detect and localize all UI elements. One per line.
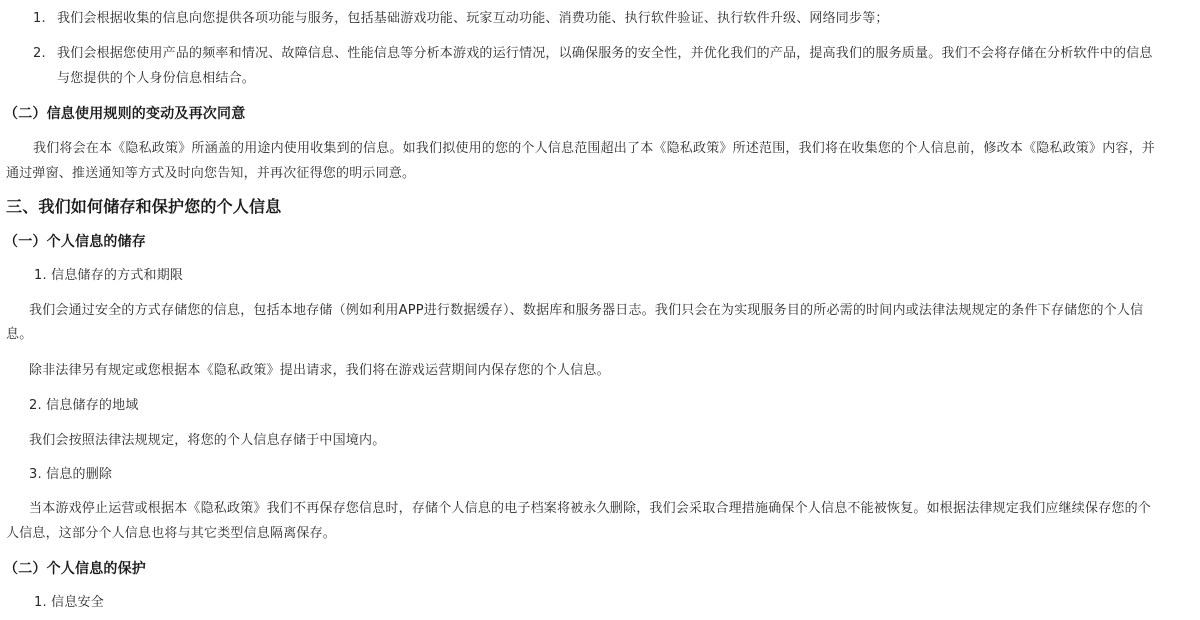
- section-heading-storage-protection: 三、我们如何储存和保护您的个人信息: [6, 198, 281, 216]
- list-text: 我们会根据您使用产品的频率和情况、故障信息、性能信息等分析本游戏的运行情况，以确…: [57, 46, 1153, 61]
- subsection-heading-storage: （一）个人信息的储存: [4, 233, 146, 251]
- item-title-storage-region: 2. 信息储存的地域: [29, 397, 139, 415]
- item-title-storage-method: 1. 信息储存的方式和期限: [34, 267, 183, 285]
- list-item-1: 1.我们会根据收集的信息向您提供各项功能与服务，包括基础游戏功能、玩家互动功能、…: [33, 10, 889, 28]
- list-number: 2.: [33, 45, 57, 63]
- paragraph-storage-method-line1: 我们会通过安全的方式存储您的信息，包括本地存储（例如利用APP进行数据缓存）、数…: [29, 302, 1143, 320]
- paragraph-deletion-line1: 当本游戏停止运营或根据本《隐私政策》我们不再保存您信息时，存储个人信息的电子档案…: [29, 500, 1151, 518]
- paragraph-usage-changes-line1: 我们将会在本《隐私政策》所涵盖的用途内使用收集到的信息。如我们拟使用的您的个人信…: [33, 140, 1155, 158]
- paragraph-deletion-line2: 人信息，这部分个人信息也将与其它类型信息隔离保存。: [6, 525, 336, 543]
- paragraph-storage-region: 我们会按照法律法规规定，将您的个人信息存储于中国境内。: [29, 432, 385, 450]
- item-title-deletion: 3. 信息的删除: [29, 466, 112, 484]
- paragraph-usage-changes-line2: 通过弹窗、推送通知等方式及时向您告知，并再次征得您的明示同意。: [6, 165, 415, 183]
- list-number: 1.: [33, 10, 57, 28]
- subsection-heading-protection: （二）个人信息的保护: [4, 560, 146, 578]
- paragraph-storage-method-line2: 息。: [6, 326, 32, 344]
- list-item-2-continuation: 与您提供的个人身份信息相结合。: [57, 70, 255, 88]
- list-text: 我们会根据收集的信息向您提供各项功能与服务，包括基础游戏功能、玩家互动功能、消费…: [57, 11, 889, 26]
- item-title-info-security: 1. 信息安全: [34, 594, 104, 612]
- paragraph-storage-retention: 除非法律另有规定或您根据本《隐私政策》提出请求，我们将在游戏运营期间内保存您的个…: [29, 362, 610, 380]
- list-item-2: 2.我们会根据您使用产品的频率和情况、故障信息、性能信息等分析本游戏的运行情况，…: [33, 45, 1153, 63]
- section-heading-usage-rule-changes: （二）信息使用规则的变动及再次同意: [4, 105, 245, 123]
